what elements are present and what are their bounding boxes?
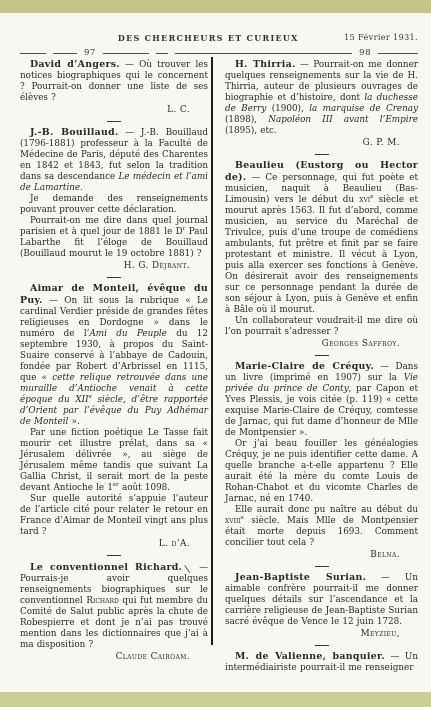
signature-line: Claude Cairoam. — [20, 652, 190, 663]
text-run: Elle aurait donc pu naître au début du — [235, 505, 418, 515]
query-entry-david-d-angers: David d’Angers. — Où trouver les notices… — [20, 59, 208, 116]
entry-paragraph: Pourrait-on me dire dans quel journal pa… — [20, 216, 208, 260]
entry-separator — [315, 566, 329, 567]
entry-separator — [315, 355, 329, 356]
entry-separator — [107, 121, 121, 122]
entry-paragraph: David d’Angers. — Où trouver les notices… — [20, 59, 208, 104]
entry-heading: Jean-Baptiste Surian. — [235, 572, 366, 583]
entry-heading: Le conventionnel Richard. — [30, 562, 182, 573]
entry-paragraph: Par une fiction poétique Le Tasse fait m… — [20, 428, 208, 494]
text-run: Napoléon III avant l’Empire — [268, 115, 418, 125]
text-run: siècle. Mais Mlle de Montpensier était m… — [225, 516, 418, 548]
entry-separator — [315, 645, 329, 646]
entry-paragraph: Je demande des renseignements pouvant pr… — [20, 194, 208, 216]
text-run: xviii — [225, 516, 241, 526]
rule-dash — [378, 53, 418, 54]
issue-date: 15 Février 1931. — [344, 33, 418, 42]
text-run: Richard — [86, 596, 118, 606]
query-entry-h-thirria: H. Thirria. — Pourrait-on me donner quel… — [225, 59, 418, 149]
text-run: siècle et mourut après 1563. Il fut d’ab… — [225, 195, 418, 315]
signature-line: Meyzieu, — [225, 629, 400, 640]
entry-heading: J.-B. Bouillaud. — [30, 127, 119, 138]
scanned-page: DES CHERCHEURS ET CURIEUX 15 Février 193… — [0, 0, 431, 707]
text-run: (1895), etc. — [225, 126, 277, 136]
query-entry-jb-bouillaud: J.-B. Bouillaud. — J.-B. Bouillaud (1796… — [20, 127, 208, 272]
entry-paragraph: Jean-Baptiste Surian. — Un aimable confr… — [225, 572, 418, 628]
text-run: Or j’ai beau fouiller les généalogies Cr… — [225, 439, 418, 504]
entry-separator — [107, 277, 121, 278]
text-run: xvi — [359, 195, 370, 205]
entry-heading: Marie-Claire de Créquy. — [235, 361, 374, 372]
entry-separator — [315, 154, 329, 155]
column-left: David d’Angers. — Où trouver les notices… — [20, 59, 208, 687]
scan-edge-top — [0, 0, 431, 13]
text-run: ». — [68, 417, 79, 427]
text-run: Je demande des renseignements pouvant pr… — [20, 194, 208, 215]
rule-dash — [20, 53, 46, 54]
entry-paragraph: H. Thirria. — Pourrait-on me donner quel… — [225, 59, 418, 137]
entry-paragraph: Le conventionnel Richard. — Pourrais-je … — [20, 561, 208, 651]
entry-paragraph: Sur quelle autorité s’appuie l’auteur de… — [20, 494, 208, 538]
query-entry-jean-baptiste-surian: Jean-Baptiste Surian. — Un aimable confr… — [225, 572, 418, 640]
entry-paragraph: Elle aurait donc pu naître au début du x… — [225, 505, 418, 549]
page-number-right: 98 — [359, 48, 371, 58]
column-right: H. Thirria. — Pourrait-on me donner quel… — [225, 59, 418, 687]
page-number-left: 97 — [84, 48, 96, 58]
entry-paragraph: Un collaborateur voudrait-il me dire où … — [225, 316, 418, 338]
text-run: (1898), — [225, 115, 268, 125]
entry-paragraph: J.-B. Bouillaud. — J.-B. Bouillaud (1796… — [20, 127, 208, 194]
query-entry-conventionnel-richard: Le conventionnel Richard. — Pourrais-je … — [20, 561, 208, 663]
running-head: DES CHERCHEURS ET CURIEUX 15 Février 193… — [0, 33, 431, 45]
signature-line: G. P. M. — [225, 138, 400, 149]
query-entry-aimar-de-monteil: Aimar de Monteil, évêque du Puy. — On li… — [20, 283, 208, 550]
signature-line: Georges Saffroy. — [225, 339, 400, 350]
signature-line: H. G. Déjrant. — [20, 261, 190, 272]
text-run: août 1098. — [119, 483, 170, 493]
entry-heading: David d’Angers. — [30, 59, 120, 70]
query-entry-m-de-valienne: M. de Valienne, banquier. — Un intermédi… — [225, 651, 418, 674]
text-run: Un collaborateur voudrait-il me dire où … — [225, 316, 418, 337]
entry-paragraph: Aimar de Monteil, évêque du Puy. — On li… — [20, 283, 208, 428]
rule-dash — [103, 53, 149, 54]
text-run: . — [80, 183, 83, 193]
text-run: Pourrait-on me dire dans quel journal pa… — [20, 216, 208, 237]
text-run: Ami du Peuple — [89, 329, 166, 339]
entry-separator — [107, 555, 121, 556]
query-entry-marie-claire-de-crequy: Marie-Claire de Créquy. — Dans un livre … — [225, 361, 418, 561]
text-run: (1900), — [266, 104, 309, 114]
journal-title: DES CHERCHEURS ET CURIEUX — [118, 33, 299, 43]
signature-line: L. d’A. — [20, 539, 190, 550]
signature-line: L. C. — [20, 105, 190, 116]
signature-line: Belna. — [225, 550, 400, 561]
entry-paragraph: Marie-Claire de Créquy. — Dans un livre … — [225, 361, 418, 439]
entry-heading: H. Thirria. — [235, 59, 296, 70]
page-number-row: 97 98 — [20, 47, 418, 59]
rule-dash — [156, 53, 168, 54]
entry-heading: M. de Valienne, banquier. — [235, 651, 385, 662]
entry-paragraph: Beaulieu (Eustorg ou Hector de). — Ce pe… — [225, 160, 418, 316]
rule-dash — [53, 53, 77, 54]
text-columns: David d’Angers. — Où trouver les notices… — [20, 59, 418, 687]
scan-edge-bottom — [0, 692, 431, 707]
entry-paragraph: M. de Valienne, banquier. — Un intermédi… — [225, 651, 418, 674]
rule-dash — [175, 53, 352, 54]
query-entry-beaulieu-eustorg: Beaulieu (Eustorg ou Hector de). — Ce pe… — [225, 160, 418, 350]
text-run: Sur quelle autorité s’appuie l’auteur de… — [20, 494, 208, 537]
text-run: la marquise de Crenay — [309, 104, 418, 114]
entry-paragraph: Or j’ai beau fouiller les généalogies Cr… — [225, 439, 418, 505]
